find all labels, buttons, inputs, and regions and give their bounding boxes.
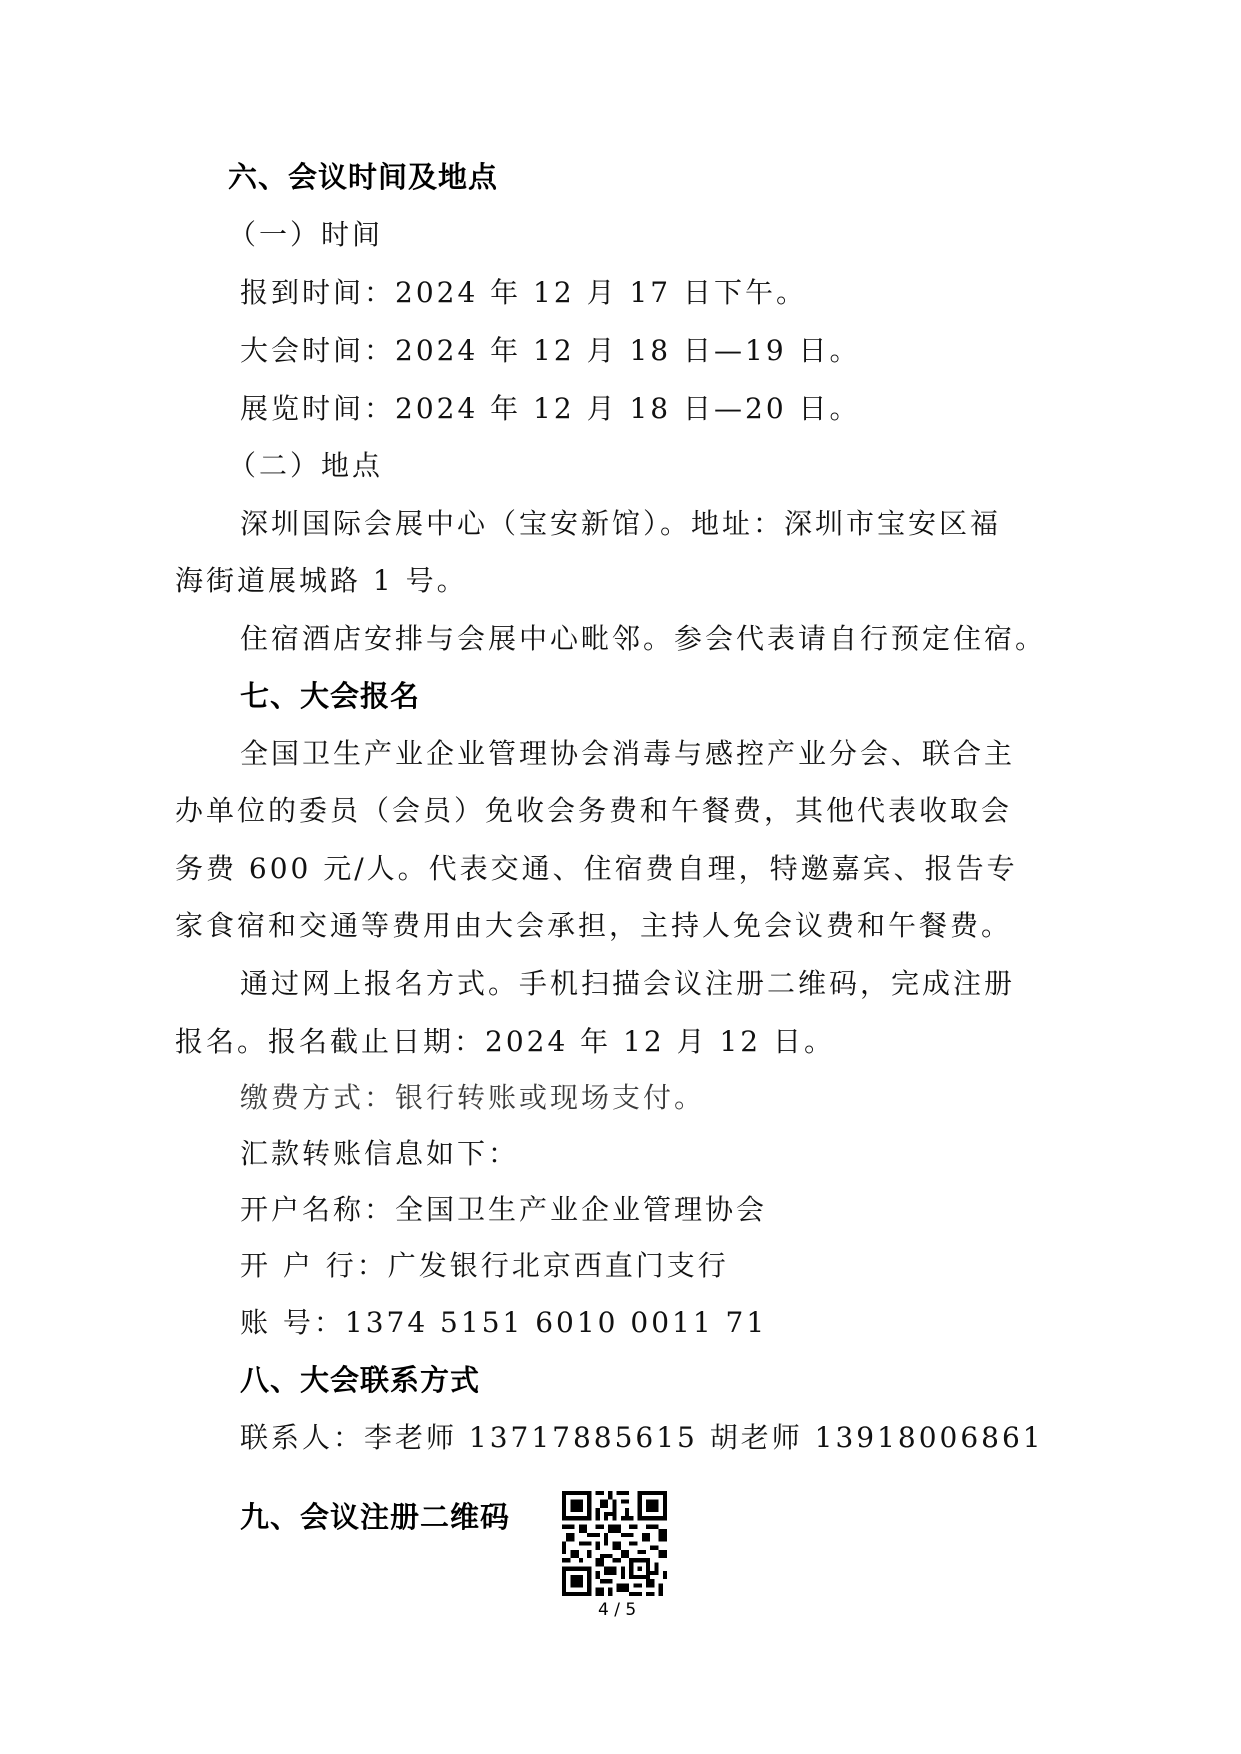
- checkin-time: 报到时间：2024 年 12 月 17 日下午。: [240, 273, 807, 313]
- qr-code-icon[interactable]: [562, 1491, 667, 1596]
- section-heading-8: 八、大会联系方式: [240, 1360, 480, 1400]
- account-number: 账 号：1374 5151 6010 0011 71: [240, 1303, 767, 1343]
- subheading-time: （一）时间: [228, 215, 383, 255]
- section-heading-7: 七、大会报名: [240, 676, 420, 716]
- document-page: 六、会议时间及地点 （一）时间 报到时间：2024 年 12 月 17 日下午。…: [0, 0, 1241, 1754]
- account-name: 开户名称：全国卫生产业企业管理协会: [240, 1190, 767, 1230]
- contact-persons: 联系人：李老师 13717885615 胡老师 13918006861: [240, 1418, 1044, 1458]
- registration-line-1: 通过网上报名方式。手机扫描会议注册二维码，完成注册: [240, 964, 1015, 1004]
- venue-line-1: 深圳国际会展中心（宝安新馆）。地址：深圳市宝安区福: [240, 504, 1001, 544]
- subheading-place: （二）地点: [228, 446, 383, 486]
- payment-method: 缴费方式：银行转账或现场支付。: [240, 1078, 705, 1118]
- exhibition-time: 展览时间：2024 年 12 月 18 日—20 日。: [240, 389, 861, 429]
- section-heading-6: 六、会议时间及地点: [228, 157, 498, 197]
- fee-line-2: 办单位的委员（会员）免收会务费和午餐费，其他代表收取会: [175, 791, 1012, 831]
- hotel-note: 住宿酒店安排与会展中心毗邻。参会代表请自行预定住宿。: [240, 619, 1046, 659]
- section-heading-9: 九、会议注册二维码: [240, 1497, 510, 1537]
- fee-line-3: 务费 600 元/人。代表交通、住宿费自理，特邀嘉宾、报告专: [175, 849, 1018, 889]
- registration-line-2: 报名。报名截止日期：2024 年 12 月 12 日。: [175, 1022, 835, 1062]
- venue-line-2: 海街道展城路 1 号。: [175, 561, 468, 601]
- fee-line-4: 家食宿和交通等费用由大会承担，主持人免会议费和午餐费。: [175, 906, 1012, 946]
- conference-time: 大会时间：2024 年 12 月 18 日—19 日。: [240, 331, 861, 371]
- bank-branch: 开 户 行：广发银行北京西直门支行: [240, 1246, 729, 1286]
- transfer-intro: 汇款转账信息如下：: [240, 1134, 519, 1174]
- fee-line-1: 全国卫生产业企业管理协会消毒与感控产业分会、联合主: [240, 734, 1015, 774]
- page-number: 4 / 5: [598, 1600, 636, 1620]
